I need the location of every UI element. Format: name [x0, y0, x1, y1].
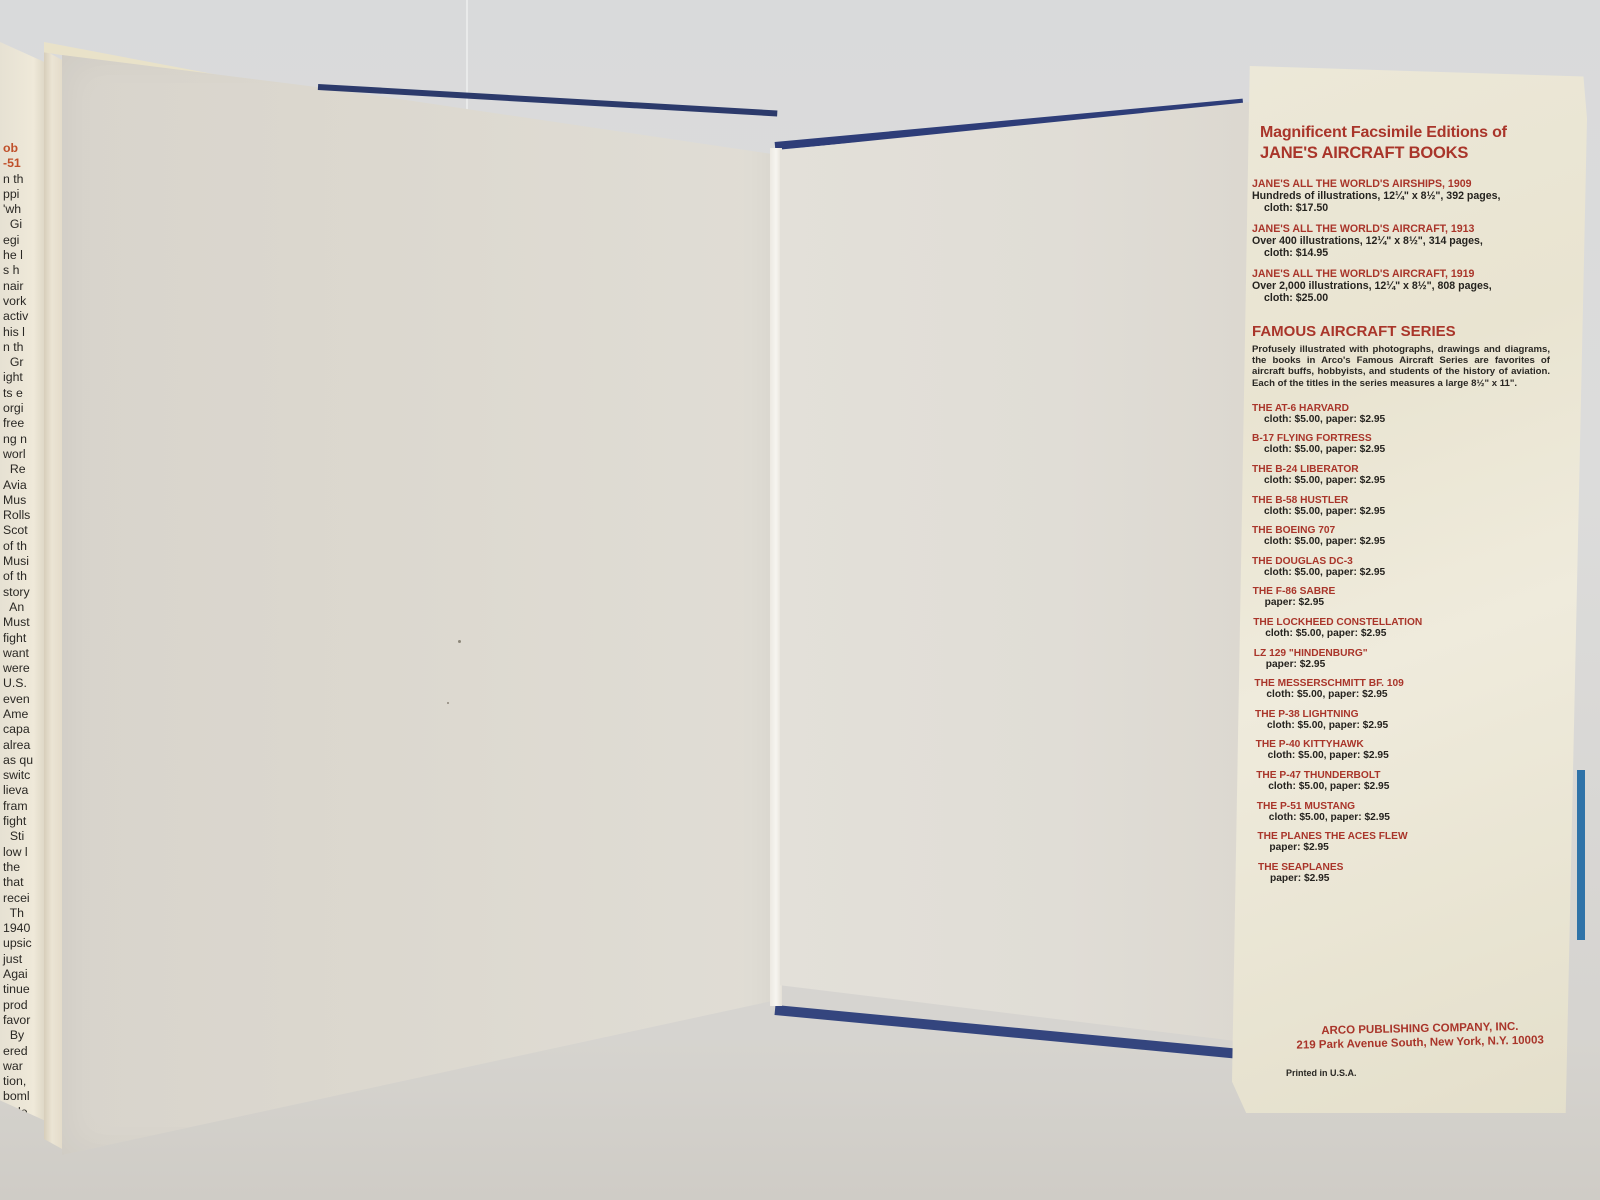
left-flap-line: prod	[3, 998, 48, 1013]
series-book-item: THE P-38 LIGHTNINGcloth: $5.00, paper: $…	[1255, 709, 1582, 731]
left-flap-line: alrea	[3, 738, 48, 753]
series-book-title: THE F-86 SABRE	[1253, 586, 1582, 597]
left-flap-line: low l	[3, 845, 48, 860]
left-flap-line: U.S.	[3, 676, 48, 691]
left-flap-line: free	[3, 416, 48, 431]
left-flap-line: favor	[3, 1013, 48, 1028]
series-book-item: THE B-24 LIBERATORcloth: $5.00, paper: $…	[1252, 464, 1582, 486]
left-flap-line: that	[3, 875, 48, 890]
series-book-price: cloth: $5.00, paper: $2.95	[1256, 750, 1582, 761]
left-flap-line: recei	[3, 891, 48, 906]
series-book-item: THE P-40 KITTYHAWKcloth: $5.00, paper: $…	[1256, 739, 1582, 761]
left-flap-line: orgi	[3, 401, 48, 416]
series-book-price: cloth: $5.00, paper: $2.95	[1255, 720, 1582, 731]
left-flap-line: boml	[3, 1089, 48, 1104]
series-book-title: LZ 129 "HINDENBURG"	[1254, 648, 1582, 659]
left-flap-line: fram	[3, 799, 48, 814]
jane-book-item: JANE'S ALL THE WORLD'S AIRCRAFT, 1913 Ov…	[1252, 223, 1582, 259]
series-book-title: THE MESSERSCHMITT Bf. 109	[1254, 678, 1582, 689]
series-book-item: THE MESSERSCHMITT Bf. 109cloth: $5.00, p…	[1254, 678, 1582, 700]
left-flap-line: Sti	[3, 829, 48, 844]
left-flap-line: war	[3, 1059, 48, 1074]
series-book-item: THE AT-6 HARVARDcloth: $5.00, paper: $2.…	[1252, 403, 1582, 425]
left-flap-line: Rolls	[3, 508, 48, 523]
left-flap-line: lieva	[3, 783, 48, 798]
series-book-price: cloth: $5.00, paper: $2.95	[1252, 536, 1582, 547]
left-flap-line: tinue	[3, 982, 48, 997]
series-book-item: THE BOEING 707cloth: $5.00, paper: $2.95	[1252, 525, 1582, 547]
series-book-item: THE LOCKHEED CONSTELLATIONcloth: $5.00, …	[1253, 617, 1582, 639]
left-flap-line: even	[3, 692, 48, 707]
series-book-price: cloth: $5.00, paper: $2.95	[1256, 781, 1582, 792]
series-book-item: THE DOUGLAS DC-3cloth: $5.00, paper: $2.…	[1252, 556, 1582, 578]
left-flap-line: story	[3, 585, 48, 600]
series-book-title: THE B-24 LIBERATOR	[1252, 464, 1582, 475]
series-book-price: paper: $2.95	[1253, 597, 1582, 608]
book-price: cloth: $17.50	[1252, 202, 1582, 214]
series-book-item: THE PLANES THE ACES FLEWpaper: $2.95	[1257, 831, 1582, 853]
left-flap-line: switc	[3, 768, 48, 783]
left-flap-line: ppi	[3, 187, 48, 202]
left-flap-text: ob-51n thppi'wh Giegihe ls hnairvorkacti…	[3, 141, 48, 1122]
left-flap-line: of th	[3, 569, 48, 584]
paper-spot	[447, 702, 449, 704]
left-flap-line: egi	[3, 233, 48, 248]
book-title: JANE'S ALL THE WORLD'S AIRCRAFT, 1919	[1252, 268, 1582, 280]
left-flap-line: capa	[3, 722, 48, 737]
series-description: Profusely illustrated with photographs, …	[1252, 344, 1550, 389]
series-book-price: paper: $2.95	[1254, 659, 1582, 670]
left-flap-line: Re	[3, 462, 48, 477]
left-flap-line: fight	[3, 631, 48, 646]
flap-heading: Magnificent Facsimile Editions of JANE'S…	[1260, 122, 1582, 164]
jane-books-list: JANE'S ALL THE WORLD'S AIRSHIPS, 1909 Hu…	[1252, 178, 1582, 304]
book-title: JANE'S ALL THE WORLD'S AIRSHIPS, 1909	[1252, 178, 1582, 190]
series-book-price: paper: $2.95	[1257, 842, 1582, 853]
left-flap-line: Musi	[3, 554, 48, 569]
book-description: Over 2,000 illustrations, 12¼" x 8½", 80…	[1252, 280, 1582, 292]
book-page-edge	[44, 50, 64, 1150]
left-flap-line: -51	[3, 156, 48, 171]
heading-line-1: Magnificent Facsimile Editions of	[1260, 122, 1582, 143]
series-book-item: B-17 FLYING FORTRESScloth: $5.00, paper:…	[1252, 433, 1582, 455]
left-flap-line: Mus	[3, 493, 48, 508]
left-flap-line: An	[3, 600, 48, 615]
series-book-item: THE SEAPLANESpaper: $2.95	[1258, 862, 1582, 884]
series-book-title: THE B-58 HUSTLER	[1252, 495, 1582, 506]
printed-in-usa: Printed in U.S.A.	[1286, 1068, 1357, 1078]
left-flap-line: ob	[3, 141, 48, 156]
flap-content: Magnificent Facsimile Editions of JANE'S…	[1252, 122, 1582, 892]
jane-book-item: JANE'S ALL THE WORLD'S AIRSHIPS, 1909 Hu…	[1252, 178, 1582, 214]
series-book-price: cloth: $5.00, paper: $2.95	[1252, 506, 1582, 517]
series-book-price: paper: $2.95	[1258, 873, 1582, 884]
book-description: Over 400 illustrations, 12¼" x 8½", 314 …	[1252, 235, 1582, 247]
left-endpaper	[62, 55, 772, 1155]
series-heading: FAMOUS AIRCRAFT SERIES	[1252, 322, 1582, 342]
left-flap-line: 1940	[3, 921, 48, 936]
series-book-title: THE LOCKHEED CONSTELLATION	[1253, 617, 1582, 628]
series-book-item: THE F-86 SABREpaper: $2.95	[1253, 586, 1582, 608]
series-book-price: cloth: $5.00, paper: $2.95	[1257, 812, 1582, 823]
book-description: Hundreds of illustrations, 12¼" x 8½", 3…	[1252, 190, 1582, 202]
series-book-title: B-17 FLYING FORTRESS	[1252, 433, 1582, 444]
book-title: JANE'S ALL THE WORLD'S AIRCRAFT, 1913	[1252, 223, 1582, 235]
left-flap-line: Agai	[3, 967, 48, 982]
series-book-price: cloth: $5.00, paper: $2.95	[1252, 567, 1582, 578]
series-book-title: THE PLANES THE ACES FLEW	[1257, 831, 1582, 842]
left-flap-line: Gi	[3, 217, 48, 232]
series-book-title: THE BOEING 707	[1252, 525, 1582, 536]
series-book-item: THE P-47 THUNDERBOLTcloth: $5.00, paper:…	[1256, 770, 1582, 792]
series-book-title: THE P-51 MUSTANG	[1257, 801, 1582, 812]
left-flap-line: activ	[3, 309, 48, 324]
left-flap-line: Avia	[3, 478, 48, 493]
paper-spot	[458, 640, 461, 643]
series-book-title: THE P-47 THUNDERBOLT	[1256, 770, 1582, 781]
left-flap-line: upsic	[3, 936, 48, 951]
series-book-price: cloth: $5.00, paper: $2.95	[1253, 628, 1582, 639]
series-book-price: cloth: $5.00, paper: $2.95	[1252, 444, 1582, 455]
heading-line-2: JANE'S AIRCRAFT BOOKS	[1260, 143, 1582, 164]
left-flap-line: were	[3, 661, 48, 676]
left-flap-line: ight	[3, 370, 48, 385]
series-book-title: THE SEAPLANES	[1258, 862, 1582, 873]
series-book-price: cloth: $5.00, paper: $2.95	[1252, 475, 1582, 486]
left-flap-line: n th	[3, 172, 48, 187]
left-flap-line: ered	[3, 1044, 48, 1059]
series-book-price: cloth: $5.00, paper: $2.95	[1254, 689, 1582, 700]
series-book-title: THE AT-6 HARVARD	[1252, 403, 1582, 414]
left-flap-line: Scot	[3, 523, 48, 538]
left-flap-line: vork	[3, 294, 48, 309]
left-flap-line: worl	[3, 447, 48, 462]
left-flap-line: nair	[3, 279, 48, 294]
series-list: THE AT-6 HARVARDcloth: $5.00, paper: $2.…	[1252, 403, 1582, 884]
right-endpaper	[780, 102, 1250, 1062]
book-price: cloth: $14.95	[1252, 247, 1582, 259]
left-flap-line: Ame	[3, 707, 48, 722]
left-flap-line: By	[3, 1028, 48, 1043]
series-book-title: THE DOUGLAS DC-3	[1252, 556, 1582, 567]
left-flap-line: tion,	[3, 1074, 48, 1089]
series-book-item: THE B-58 HUSTLERcloth: $5.00, paper: $2.…	[1252, 495, 1582, 517]
series-book-item: LZ 129 "HINDENBURG"paper: $2.95	[1254, 648, 1582, 670]
left-flap-line: 'wh	[3, 202, 48, 217]
series-book-title: THE P-38 LIGHTNING	[1255, 709, 1582, 720]
left-flap-line: Must	[3, 615, 48, 630]
left-flap-line: fight	[3, 814, 48, 829]
left-flap-line: of th	[3, 539, 48, 554]
left-flap-line: want	[3, 646, 48, 661]
left-flap-line: Th	[3, 906, 48, 921]
book-price: cloth: $25.00	[1252, 292, 1582, 304]
left-flap-line: as qu	[3, 753, 48, 768]
jane-book-item: JANE'S ALL THE WORLD'S AIRCRAFT, 1919 Ov…	[1252, 268, 1582, 304]
series-book-item: THE P-51 MUSTANGcloth: $5.00, paper: $2.…	[1257, 801, 1582, 823]
left-flap-line: his l	[3, 325, 48, 340]
left-flap-line: s h	[3, 263, 48, 278]
series-book-price: cloth: $5.00, paper: $2.95	[1252, 414, 1582, 425]
left-flap-line: he l	[3, 248, 48, 263]
series-book-title: THE P-40 KITTYHAWK	[1256, 739, 1582, 750]
left-flap-line: the	[3, 860, 48, 875]
left-flap-line: just	[3, 952, 48, 967]
left-flap-line: Gr	[3, 355, 48, 370]
left-flap-line: ng n	[3, 432, 48, 447]
left-flap-line: ts e	[3, 386, 48, 401]
left-flap-line: n th	[3, 340, 48, 355]
left-jacket-flap: ob-51n thppi'wh Giegihe ls hnairvorkacti…	[0, 42, 48, 1122]
